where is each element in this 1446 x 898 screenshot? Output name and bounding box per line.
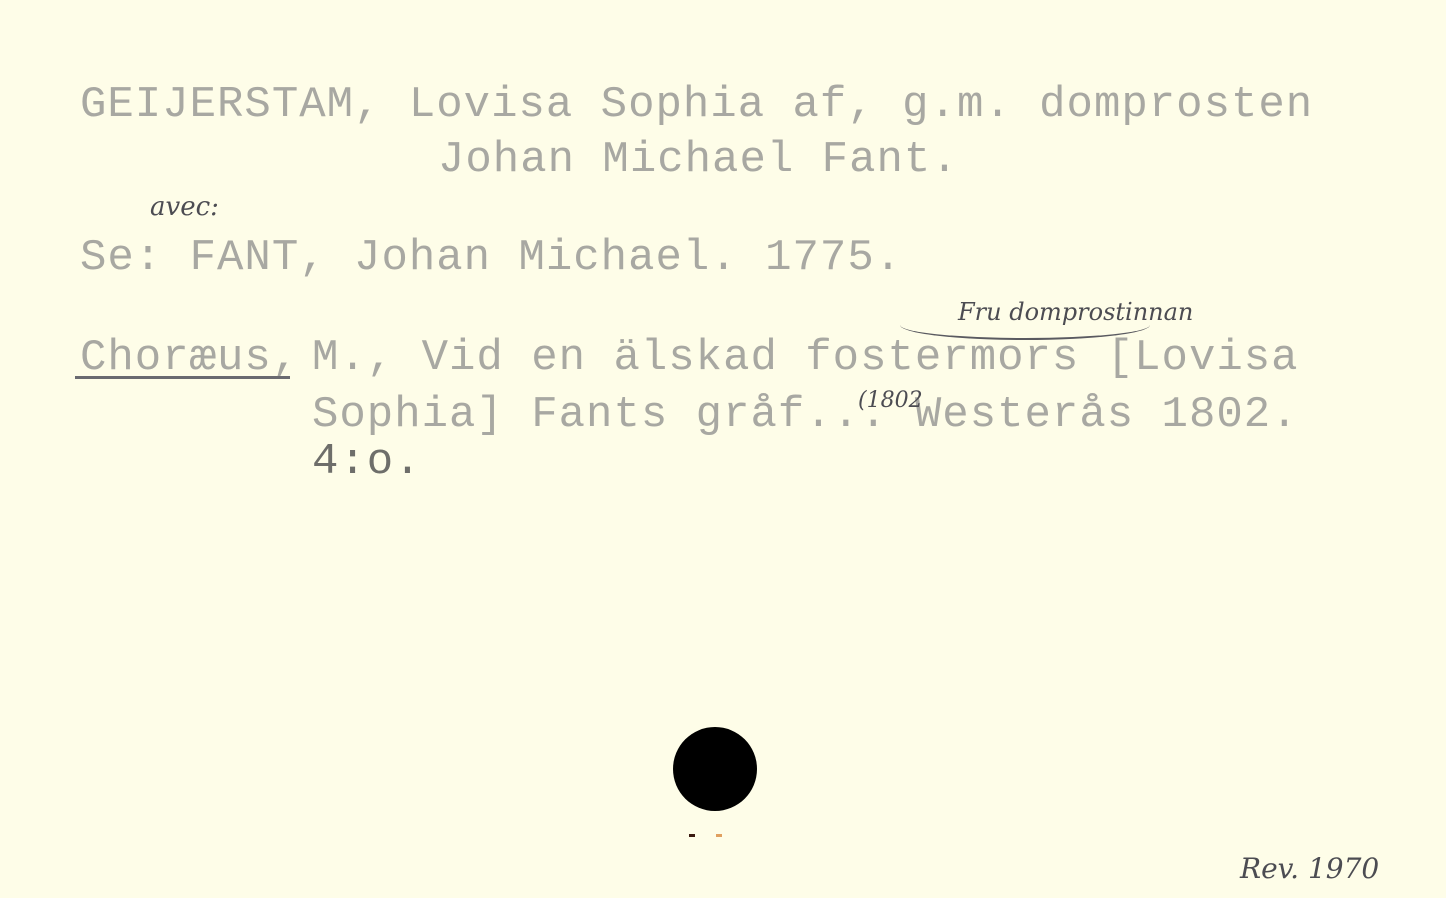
mark-dot xyxy=(716,834,722,837)
heading-line-2: Johan Michael Fant. xyxy=(438,135,959,185)
entry-line-3: 4:o. xyxy=(312,437,422,487)
entry-line-1: M., Vid en älskad fostermors [Lovisa xyxy=(312,333,1299,383)
heading-line-1: GEIJERSTAM, Lovisa Sophia af, g.m. dompr… xyxy=(80,80,1313,130)
see-reference-line: Se: FANT, Johan Michael. 1775. xyxy=(80,233,902,283)
entry-line-2: Sophia] Fants gråf... Westerås 1802. xyxy=(312,390,1299,440)
revision-note: Rev. 1970 xyxy=(1240,852,1379,885)
mark-dot xyxy=(689,834,695,837)
see-annotation: avec: xyxy=(150,192,219,222)
punch-hole xyxy=(673,727,757,811)
catalog-card: GEIJERSTAM, Lovisa Sophia af, g.m. dompr… xyxy=(0,0,1446,898)
author-underline xyxy=(75,376,290,379)
annotation-year: (1802 xyxy=(858,388,923,413)
